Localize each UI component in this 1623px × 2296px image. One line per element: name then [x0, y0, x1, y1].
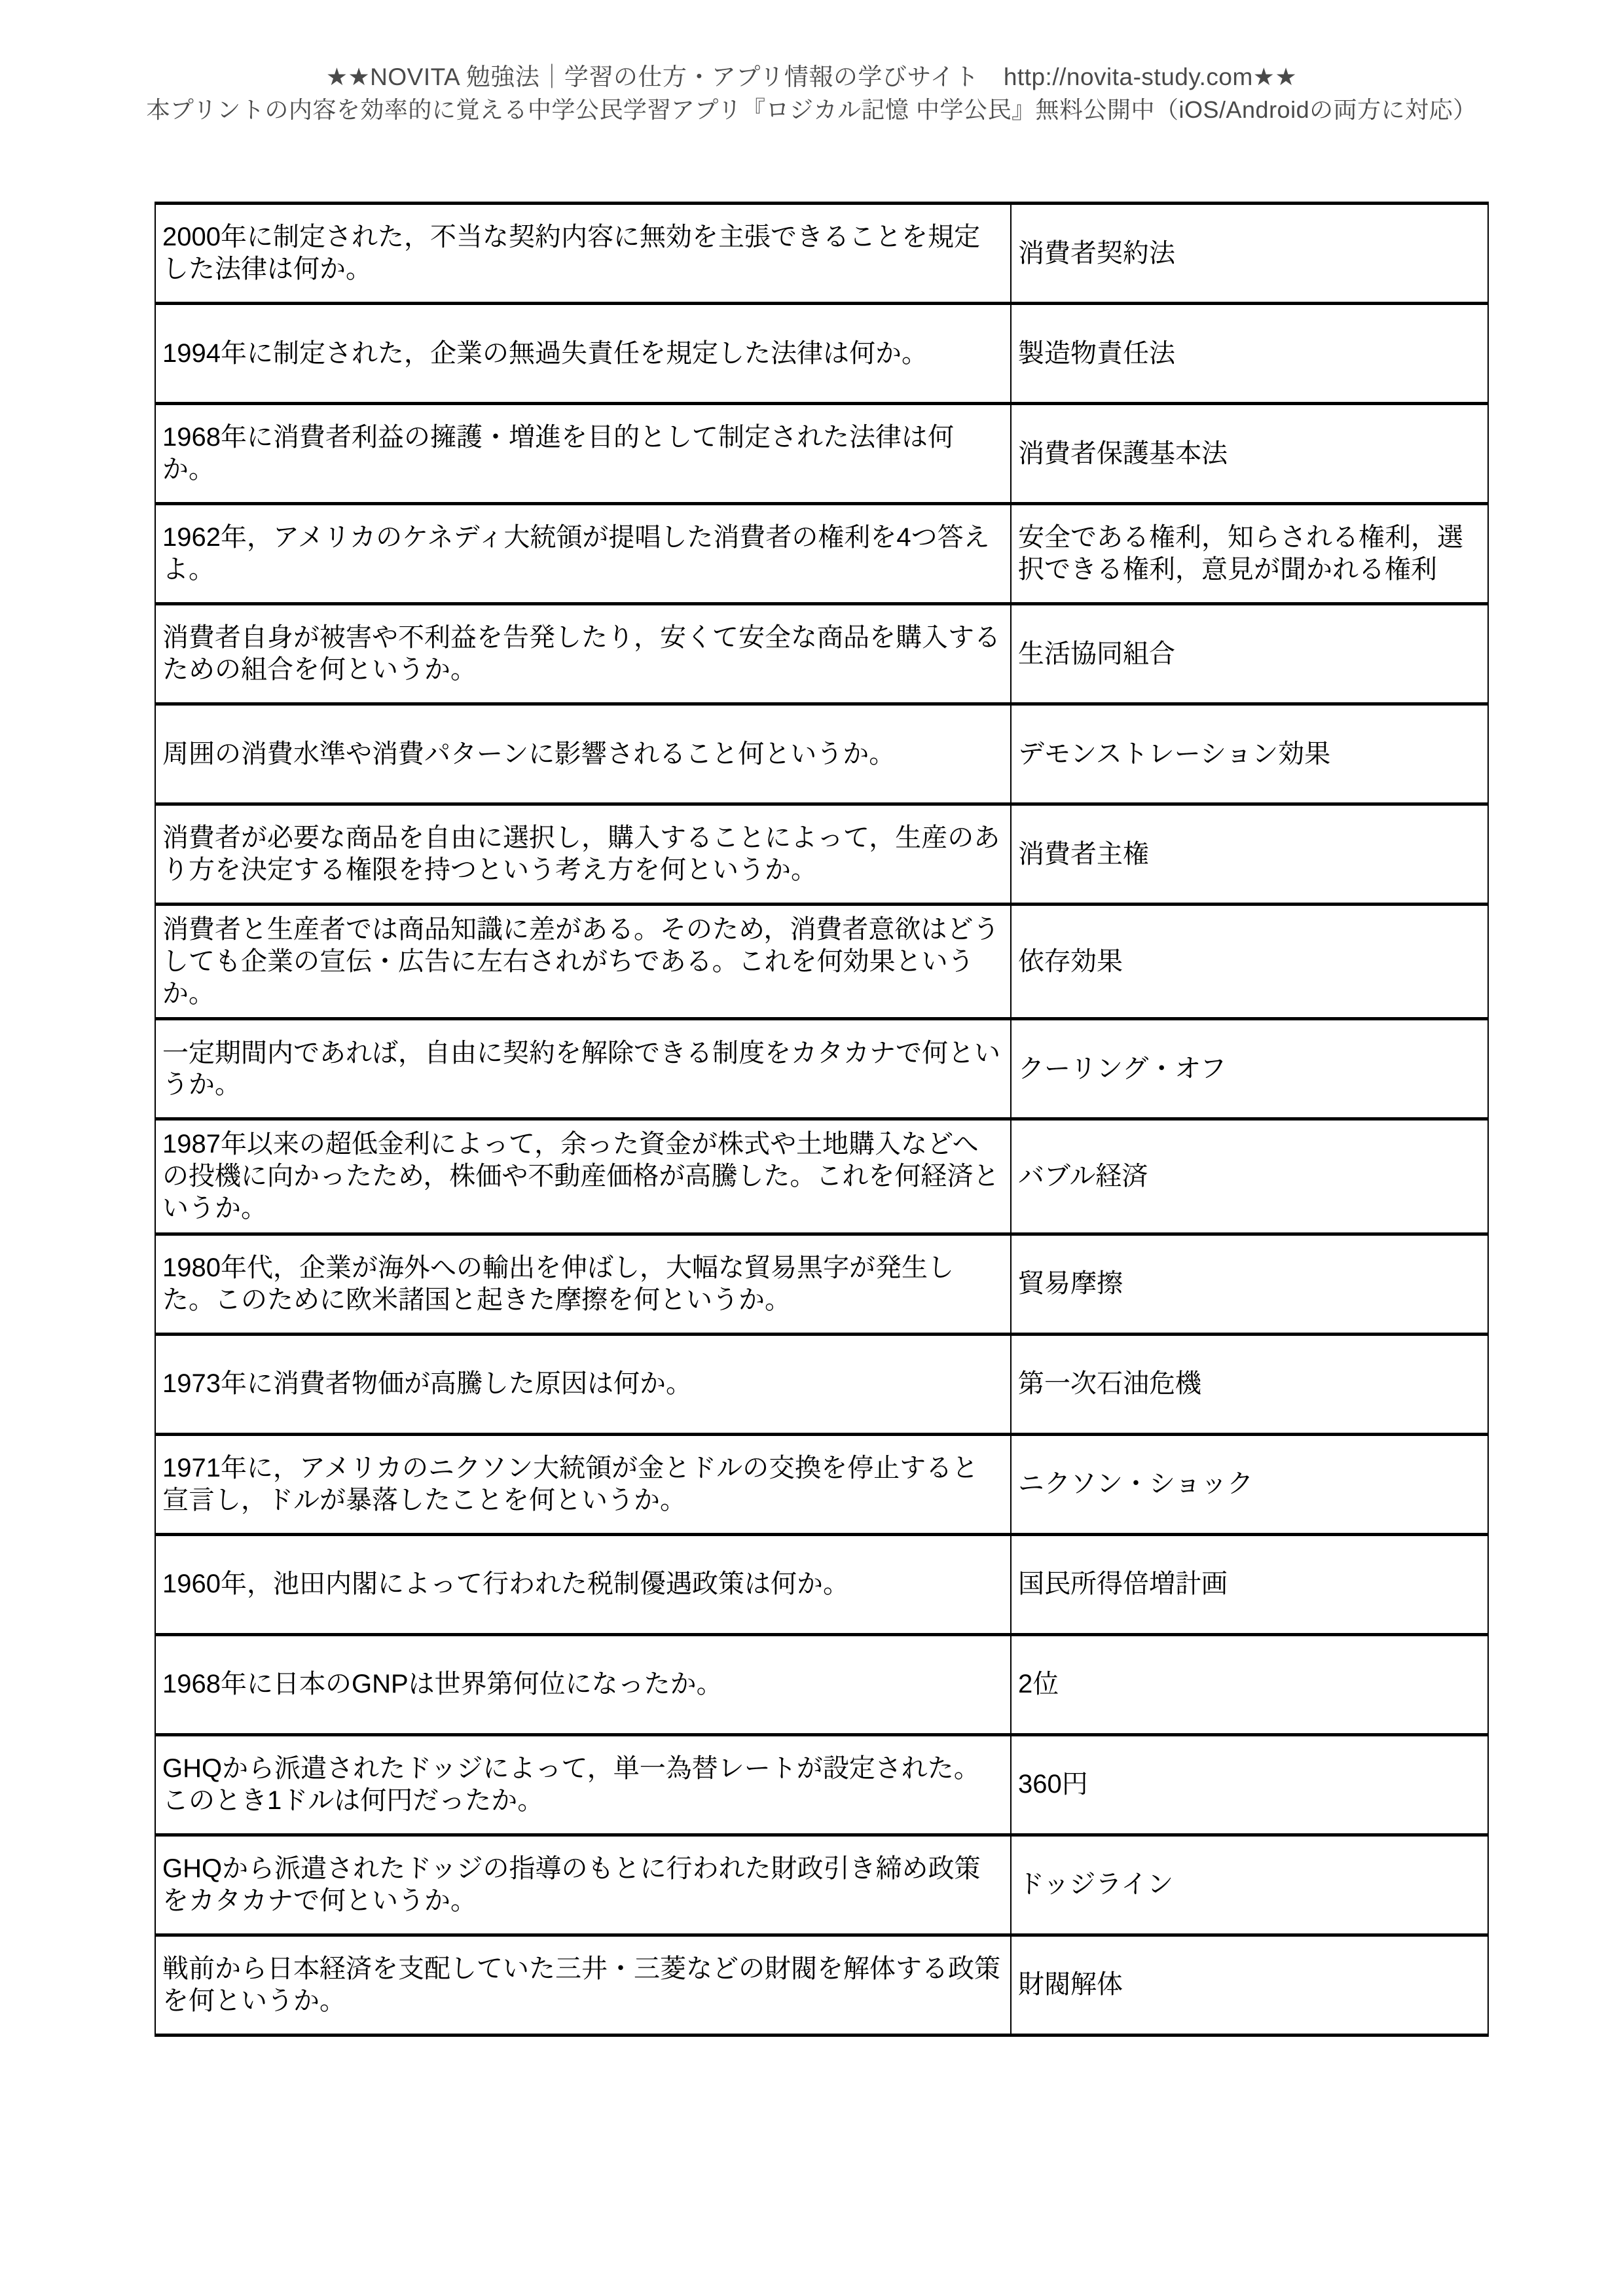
answer-cell: バブル経済 — [1011, 1119, 1488, 1234]
question-cell: 消費者と生産者では商品知識に差がある。そのため，消費者意欲はどうしても企業の宣伝… — [155, 905, 1011, 1019]
table-row: 消費者が必要な商品を自由に選択し，購入することによって，生産のあり方を決定する権… — [155, 804, 1488, 905]
table-row: 1973年に消費者物価が高騰した原因は何か。 第一次石油危機 — [155, 1334, 1488, 1434]
table-row: 1968年に日本のGNPは世界第何位になったか。 2位 — [155, 1634, 1488, 1734]
answer-cell: 財閥解体 — [1011, 1935, 1488, 2035]
question-cell: 1987年以来の超低金利によって，余った資金が株式や土地購入などへの投機に向かっ… — [155, 1119, 1011, 1234]
answer-cell: デモンストレーション効果 — [1011, 704, 1488, 804]
table-row: 一定期間内であれば，自由に契約を解除できる制度をカタカナで何というか。 クーリン… — [155, 1019, 1488, 1119]
table-row: 戦前から日本経済を支配していた三井・三菱などの財閥を解体する政策を何というか。 … — [155, 1935, 1488, 2035]
table-row: 1968年に消費者利益の擁護・増進を目的として制定された法律は何か。 消費者保護… — [155, 404, 1488, 504]
answer-cell: 安全である権利，知らされる権利，選択できる権利，意見が聞かれる権利 — [1011, 504, 1488, 604]
question-cell: GHQから派遣されたドッジの指導のもとに行われた財政引き締め政策をカタカナで何と… — [155, 1835, 1011, 1935]
question-cell: 1971年に，アメリカのニクソン大統領が金とドルの交換を停止すると宣言し，ドルが… — [155, 1434, 1011, 1534]
answer-cell: ニクソン・ショック — [1011, 1434, 1488, 1534]
answer-cell: 消費者保護基本法 — [1011, 404, 1488, 504]
answer-cell: 製造物責任法 — [1011, 304, 1488, 404]
answer-cell: 消費者主権 — [1011, 804, 1488, 905]
question-cell: 消費者が必要な商品を自由に選択し，購入することによって，生産のあり方を決定する権… — [155, 804, 1011, 905]
question-cell: 1973年に消費者物価が高騰した原因は何か。 — [155, 1334, 1011, 1434]
question-cell: 1994年に制定された，企業の無過失責任を規定した法律は何か。 — [155, 304, 1011, 404]
table-row: GHQから派遣されたドッジの指導のもとに行われた財政引き締め政策をカタカナで何と… — [155, 1835, 1488, 1935]
question-cell: 一定期間内であれば，自由に契約を解除できる制度をカタカナで何というか。 — [155, 1019, 1011, 1119]
question-cell: 周囲の消費水準や消費パターンに影響されること何というか。 — [155, 704, 1011, 804]
answer-cell: 貿易摩擦 — [1011, 1234, 1488, 1334]
question-cell: 1968年に消費者利益の擁護・増進を目的として制定された法律は何か。 — [155, 404, 1011, 504]
table-row: 消費者と生産者では商品知識に差がある。そのため，消費者意欲はどうしても企業の宣伝… — [155, 905, 1488, 1019]
question-cell: 消費者自身が被害や不利益を告発したり，安くて安全な商品を購入するための組合を何と… — [155, 604, 1011, 704]
site-header: ★★NOVITA 勉強法｜学習の仕方・アプリ情報の学びサイト http://no… — [0, 0, 1623, 126]
qa-table-container: 2000年に制定された，不当な契約内容に無効を主張できることを規定した法律は何か… — [155, 202, 1459, 2037]
question-cell: GHQから派遣されたドッジによって，単一為替レートが設定された。このとき1ドルは… — [155, 1734, 1011, 1835]
table-row: 1980年代，企業が海外への輸出を伸ばし，大幅な貿易黒字が発生した。このために欧… — [155, 1234, 1488, 1334]
question-cell: 1980年代，企業が海外への輸出を伸ばし，大幅な貿易黒字が発生した。このために欧… — [155, 1234, 1011, 1334]
header-site-title: ★★NOVITA 勉強法｜学習の仕方・アプリ情報の学びサイト http://no… — [0, 60, 1623, 94]
table-row: 1994年に制定された，企業の無過失責任を規定した法律は何か。 製造物責任法 — [155, 304, 1488, 404]
table-row: 1960年，池田内閣によって行われた税制優遇政策は何か。 国民所得倍増計画 — [155, 1534, 1488, 1634]
answer-cell: 消費者契約法 — [1011, 204, 1488, 304]
question-cell: 2000年に制定された，不当な契約内容に無効を主張できることを規定した法律は何か… — [155, 204, 1011, 304]
answer-cell: クーリング・オフ — [1011, 1019, 1488, 1119]
table-row: 1987年以来の超低金利によって，余った資金が株式や土地購入などへの投機に向かっ… — [155, 1119, 1488, 1234]
table-row: 消費者自身が被害や不利益を告発したり，安くて安全な商品を購入するための組合を何と… — [155, 604, 1488, 704]
answer-cell: ドッジライン — [1011, 1835, 1488, 1935]
answer-cell: 国民所得倍増計画 — [1011, 1534, 1488, 1634]
answer-cell: 360円 — [1011, 1734, 1488, 1835]
question-cell: 1960年，池田内閣によって行われた税制優遇政策は何か。 — [155, 1534, 1011, 1634]
table-row: 2000年に制定された，不当な契約内容に無効を主張できることを規定した法律は何か… — [155, 204, 1488, 304]
table-row: 周囲の消費水準や消費パターンに影響されること何というか。 デモンストレーション効… — [155, 704, 1488, 804]
question-cell: 1962年，アメリカのケネディ大統領が提唱した消費者の権利を4つ答えよ。 — [155, 504, 1011, 604]
table-row: GHQから派遣されたドッジによって，単一為替レートが設定された。このとき1ドルは… — [155, 1734, 1488, 1835]
qa-table: 2000年に制定された，不当な契約内容に無効を主張できることを規定した法律は何か… — [155, 202, 1489, 2037]
header-app-promo: 本プリントの内容を効率的に覚える中学公民学習アプリ『ロジカル記憶 中学公民』無料… — [0, 94, 1623, 126]
page: { "header": { "line1": "★★NOVITA 勉強法｜学習の… — [0, 0, 1623, 2296]
table-row: 1962年，アメリカのケネディ大統領が提唱した消費者の権利を4つ答えよ。 安全で… — [155, 504, 1488, 604]
answer-cell: 第一次石油危機 — [1011, 1334, 1488, 1434]
question-cell: 1968年に日本のGNPは世界第何位になったか。 — [155, 1634, 1011, 1734]
answer-cell: 生活協同組合 — [1011, 604, 1488, 704]
answer-cell: 依存効果 — [1011, 905, 1488, 1019]
table-row: 1971年に，アメリカのニクソン大統領が金とドルの交換を停止すると宣言し，ドルが… — [155, 1434, 1488, 1534]
question-cell: 戦前から日本経済を支配していた三井・三菱などの財閥を解体する政策を何というか。 — [155, 1935, 1011, 2035]
answer-cell: 2位 — [1011, 1634, 1488, 1734]
